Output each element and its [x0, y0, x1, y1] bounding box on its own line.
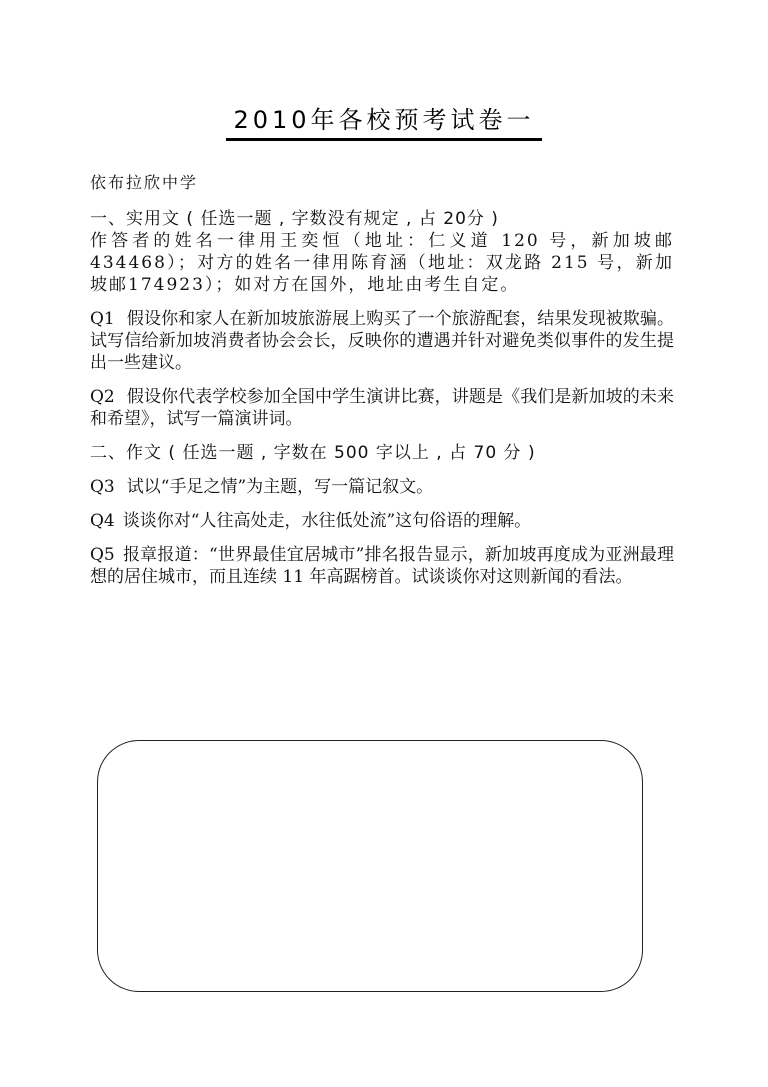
question-item: Q1假设你和家人在新加坡旅游展上购买了一个旅游配套，结果发现被欺骗。试写信给新加… [90, 308, 674, 374]
section-heading: 一、实用文 ( 任选一题 , 字数没有规定 , 占 20分 ) [90, 208, 674, 230]
question-text: 假设你代表学校参加全国中学生演讲比赛，讲题是《我们是新加坡的未来和希望》，试写一… [90, 387, 674, 429]
section-composition: 二、作文 ( 任选一题 , 字数在 500 字以上 , 占 70 分 ) Q3试… [90, 442, 674, 588]
school-name: 依布拉欣中学 [90, 172, 674, 194]
section-practical-writing: 一、实用文 ( 任选一题 , 字数没有规定 , 占 20分 ) 作答者的姓名一律… [90, 208, 674, 430]
question-item: Q4谈谈你对“人往高处走，水往低处流”这句俗语的理解。 [90, 510, 674, 532]
question-label: Q5 [90, 544, 115, 566]
question-label: Q3 [90, 476, 115, 498]
question-item: Q2假设你代表学校参加全国中学生演讲比赛，讲题是《我们是新加坡的未来和希望》，试… [90, 386, 674, 430]
question-label: Q2 [90, 386, 115, 408]
question-item: Q5报章报道：“世界最佳宜居城市”排名报告显示，新加坡再度成为亚洲最理想的居住城… [90, 544, 674, 588]
section-heading: 二、作文 ( 任选一题 , 字数在 500 字以上 , 占 70 分 ) [90, 442, 674, 464]
question-text: 报章报道：“世界最佳宜居城市”排名报告显示，新加坡再度成为亚洲最理想的居住城市，… [90, 545, 674, 587]
section-instructions: 作答者的姓名一律用王奕恒（地址：仁义道 120 号，新加坡邮434468）；对方… [90, 230, 674, 296]
exam-content: 依布拉欣中学 一、实用文 ( 任选一题 , 字数没有规定 , 占 20分 ) 作… [90, 172, 674, 588]
question-label: Q4 [90, 510, 115, 532]
page-title: 2010年各校预考试卷一 [226, 104, 542, 136]
question-item: Q3试以“手足之情”为主题，写一篇记叙文。 [90, 476, 674, 498]
empty-rounded-box [97, 740, 643, 992]
title-block: 2010年各校预考试卷一 [226, 104, 542, 136]
question-text: 试以“手足之情”为主题，写一篇记叙文。 [127, 477, 433, 497]
exam-page: 2010年各校预考试卷一 依布拉欣中学 一、实用文 ( 任选一题 , 字数没有规… [0, 0, 768, 1087]
title-underline [226, 138, 542, 141]
question-text: 假设你和家人在新加坡旅游展上购买了一个旅游配套，结果发现被欺骗。试写信给新加坡消… [90, 309, 674, 373]
question-label: Q1 [90, 308, 115, 330]
question-text: 谈谈你对“人往高处走，水往低处流”这句俗语的理解。 [123, 511, 531, 531]
